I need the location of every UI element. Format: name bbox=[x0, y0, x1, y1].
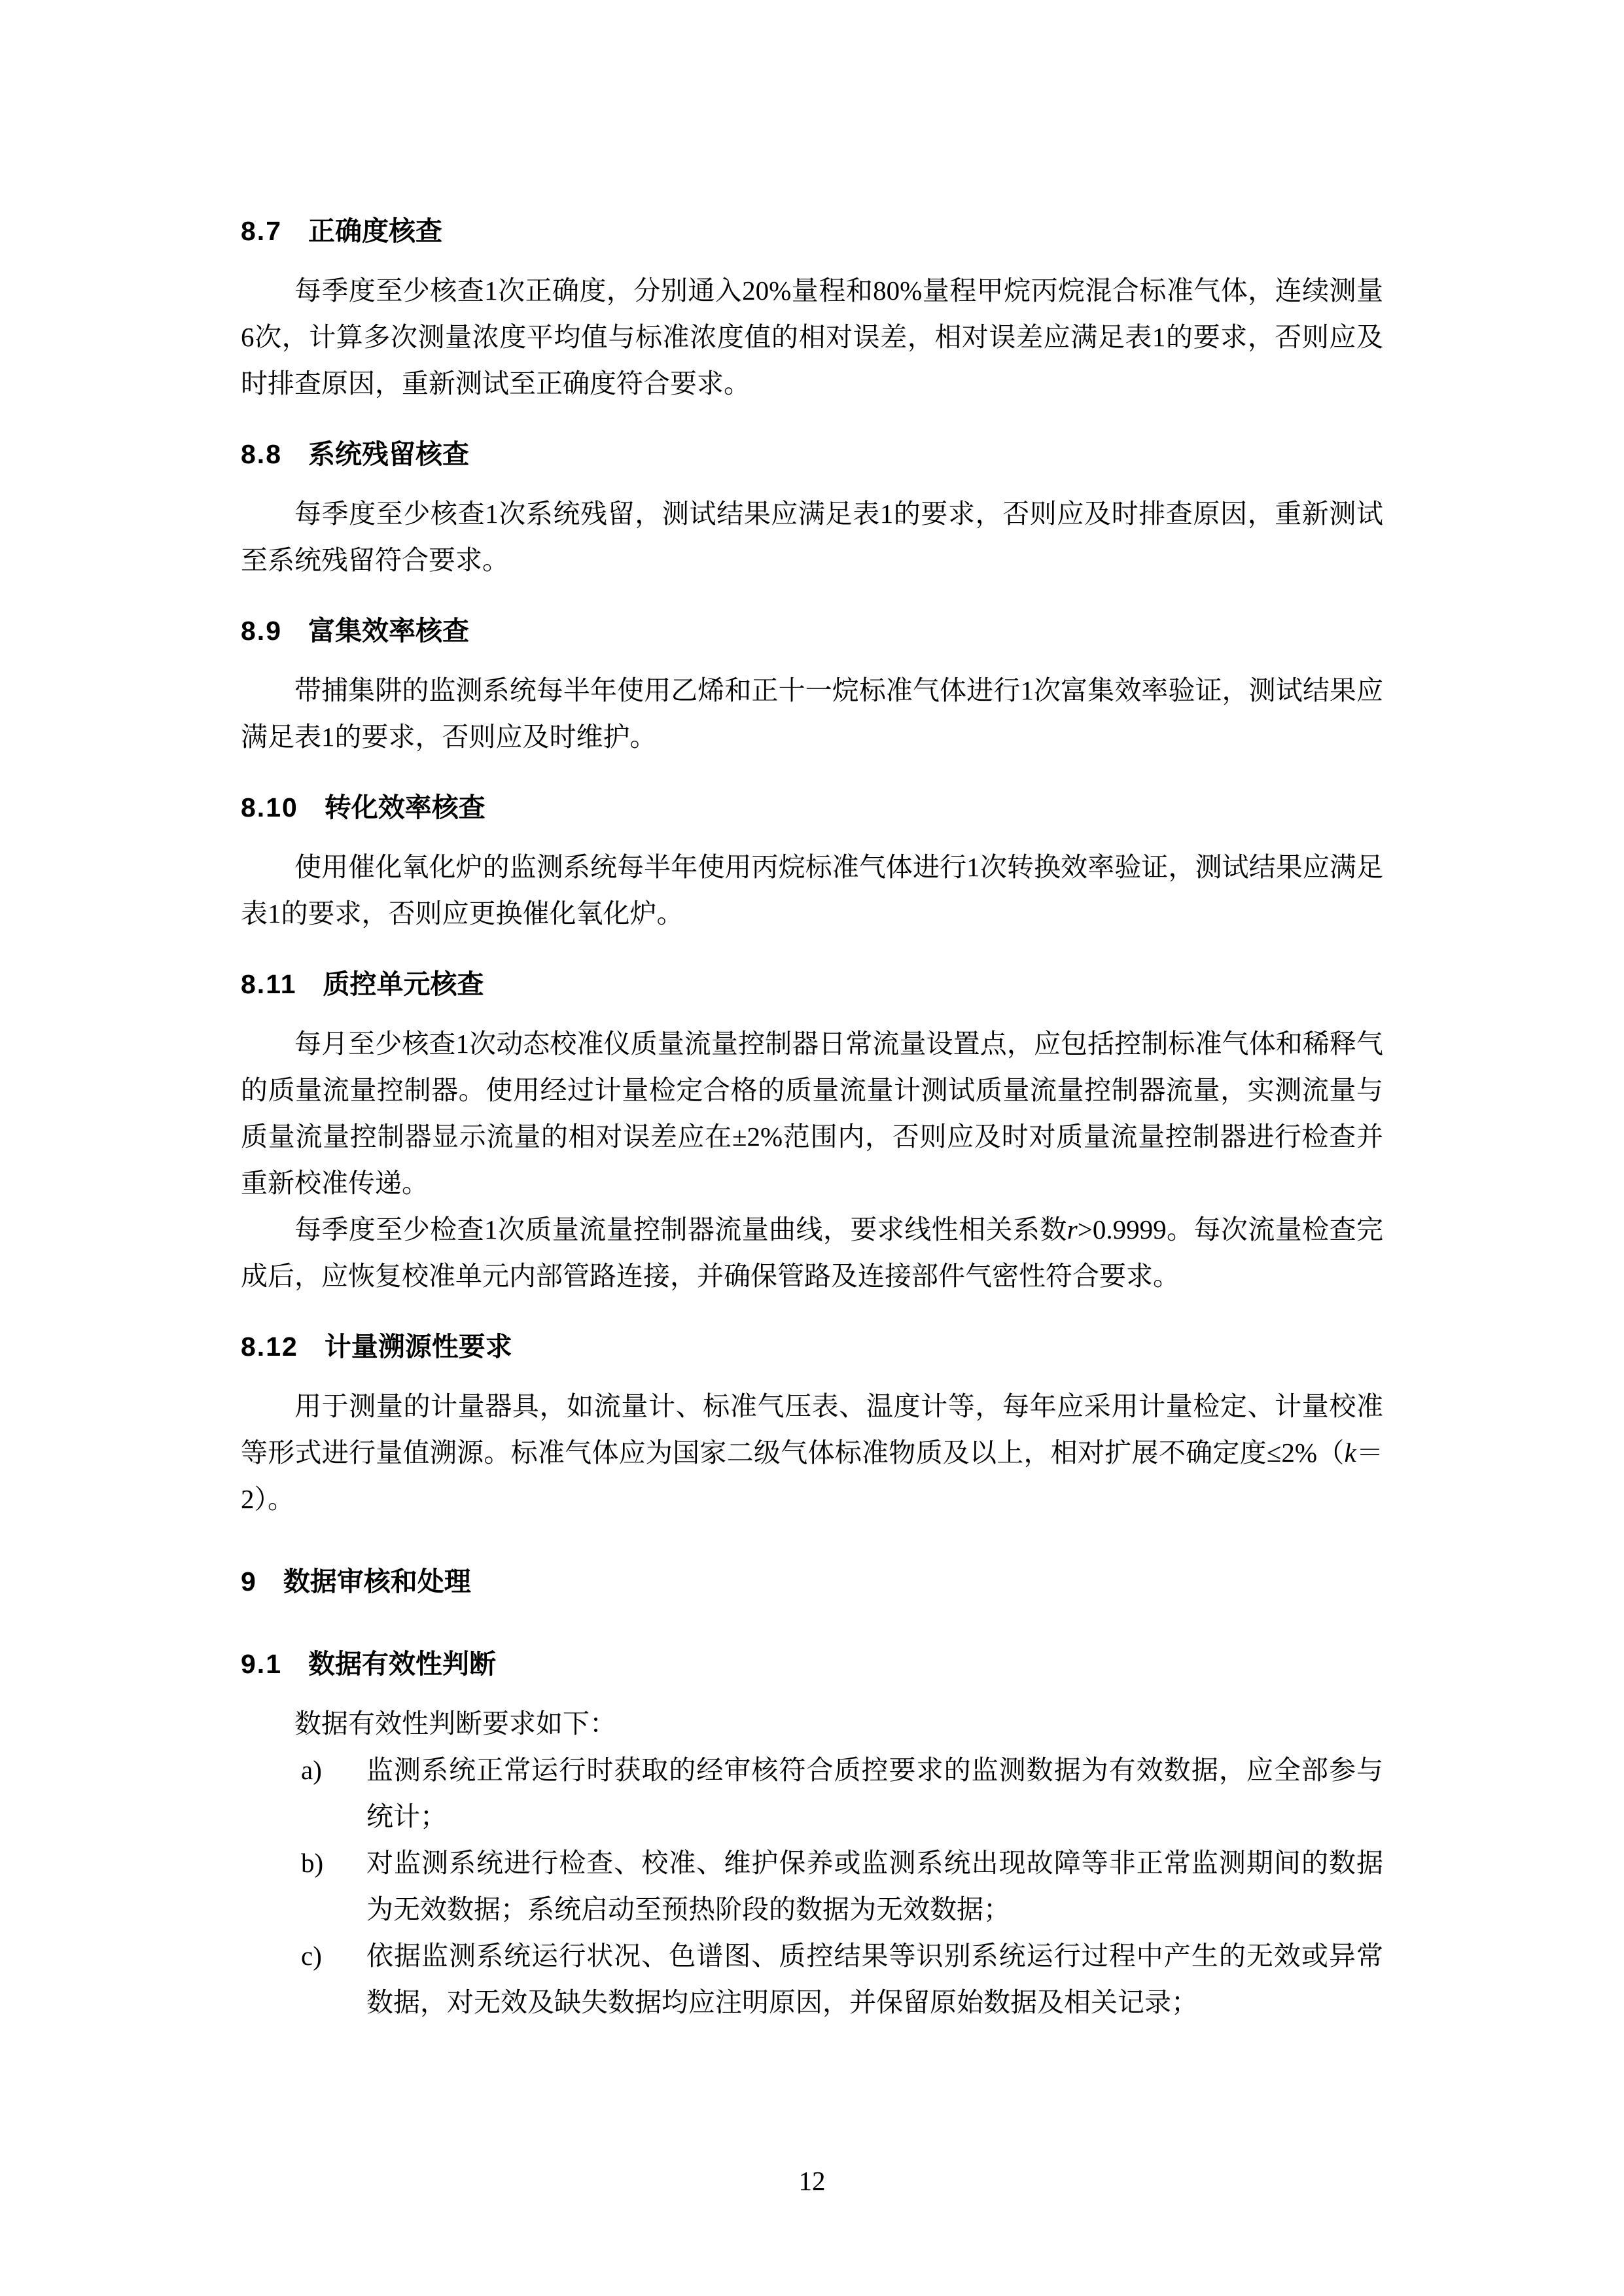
list-item-label: a) bbox=[301, 1747, 366, 1840]
page-number: 12 bbox=[0, 2164, 1624, 2197]
section-title: 数据审核和处理 bbox=[283, 1566, 471, 1597]
section-heading-9: 9数据审核和处理 bbox=[241, 1559, 1383, 1605]
section-number: 8.9 bbox=[241, 616, 282, 646]
section-title: 计量溯源性要求 bbox=[325, 1332, 512, 1362]
section-number: 8.12 bbox=[241, 1332, 298, 1362]
section-heading-8-7: 8.7正确度核查 bbox=[241, 208, 1383, 255]
section-heading-8-8: 8.8系统残留核查 bbox=[241, 431, 1383, 478]
ordered-list: a) 监测系统正常运行时获取的经审核符合质控要求的监测数据为有效数据，应全部参与… bbox=[301, 1747, 1383, 2026]
section-title: 数据有效性判断 bbox=[308, 1649, 496, 1679]
paragraph-text: 每季度至少检查1次质量流量控制器流量曲线，要求线性相关系数 bbox=[294, 1214, 1067, 1245]
section-title: 系统残留核查 bbox=[308, 439, 469, 469]
section-number: 8.11 bbox=[241, 969, 297, 999]
list-item-text: 依据监测系统运行状况、色谱图、质控结果等识别系统运行过程中产生的无效或异常数据，… bbox=[366, 1933, 1383, 2026]
document-page: 8.7正确度核查 每季度至少核查1次正确度，分别通入20%量程和80%量程甲烷丙… bbox=[0, 0, 1624, 2296]
list-item-a: a) 监测系统正常运行时获取的经审核符合质控要求的监测数据为有效数据，应全部参与… bbox=[301, 1747, 1383, 1840]
paragraph-8-10: 使用催化氧化炉的监测系统每半年使用丙烷标准气体进行1次转换效率验证，测试结果应满… bbox=[241, 844, 1383, 937]
section-number: 9.1 bbox=[241, 1649, 282, 1679]
section-heading-9-1: 9.1数据有效性判断 bbox=[241, 1641, 1383, 1687]
section-number: 8.8 bbox=[241, 439, 282, 469]
paragraph-8-7: 每季度至少核查1次正确度，分别通入20%量程和80%量程甲烷丙烷混合标准气体，连… bbox=[241, 268, 1383, 407]
list-item-text: 对监测系统进行检查、校准、维护保养或监测系统出现故障等非正常监测期间的数据为无效… bbox=[366, 1840, 1383, 1933]
paragraph-8-11-1: 每月至少核查1次动态校准仪质量流量控制器日常流量设置点，应包括控制标准气体和稀释… bbox=[241, 1021, 1383, 1207]
list-item-label: c) bbox=[301, 1933, 366, 2026]
paragraph-8-11-2: 每季度至少检查1次质量流量控制器流量曲线，要求线性相关系数r>0.9999。每次… bbox=[241, 1207, 1383, 1299]
section-heading-8-11: 8.11质控单元核查 bbox=[241, 961, 1383, 1008]
section-title: 转化效率核查 bbox=[325, 792, 485, 822]
paragraph-8-12: 用于测量的计量器具，如流量计、标准气压表、温度计等，每年应采用计量检定、计量校准… bbox=[241, 1383, 1383, 1523]
list-item-c: c) 依据监测系统运行状况、色谱图、质控结果等识别系统运行过程中产生的无效或异常… bbox=[301, 1933, 1383, 2026]
paragraph-text: 用于测量的计量器具，如流量计、标准气压表、温度计等，每年应采用计量检定、计量校准… bbox=[241, 1391, 1383, 1468]
section-heading-8-12: 8.12计量溯源性要求 bbox=[241, 1324, 1383, 1370]
list-item-label: b) bbox=[301, 1840, 366, 1933]
list-item-b: b) 对监测系统进行检查、校准、维护保养或监测系统出现故障等非正常监测期间的数据… bbox=[301, 1840, 1383, 1933]
list-item-text: 监测系统正常运行时获取的经审核符合质控要求的监测数据为有效数据，应全部参与统计； bbox=[366, 1747, 1383, 1840]
paragraph-8-8: 每季度至少核查1次系统残留，测试结果应满足表1的要求，否则应及时排查原因，重新测… bbox=[241, 491, 1383, 584]
section-heading-8-9: 8.9富集效率核查 bbox=[241, 608, 1383, 654]
paragraph-8-9: 带捕集阱的监测系统每半年使用乙烯和正十一烷标准气体进行1次富集效率验证，测试结果… bbox=[241, 667, 1383, 760]
section-number: 8.7 bbox=[241, 216, 282, 246]
variable-r: r bbox=[1067, 1214, 1078, 1245]
section-number: 8.10 bbox=[241, 792, 298, 822]
list-intro: 数据有效性判断要求如下： bbox=[241, 1701, 1383, 1747]
section-title: 质控单元核查 bbox=[323, 969, 484, 999]
section-heading-8-10: 8.10转化效率核查 bbox=[241, 785, 1383, 831]
section-title: 正确度核查 bbox=[308, 216, 442, 246]
variable-k: k bbox=[1345, 1438, 1356, 1468]
section-number: 9 bbox=[241, 1566, 257, 1597]
section-title: 富集效率核查 bbox=[308, 616, 469, 646]
